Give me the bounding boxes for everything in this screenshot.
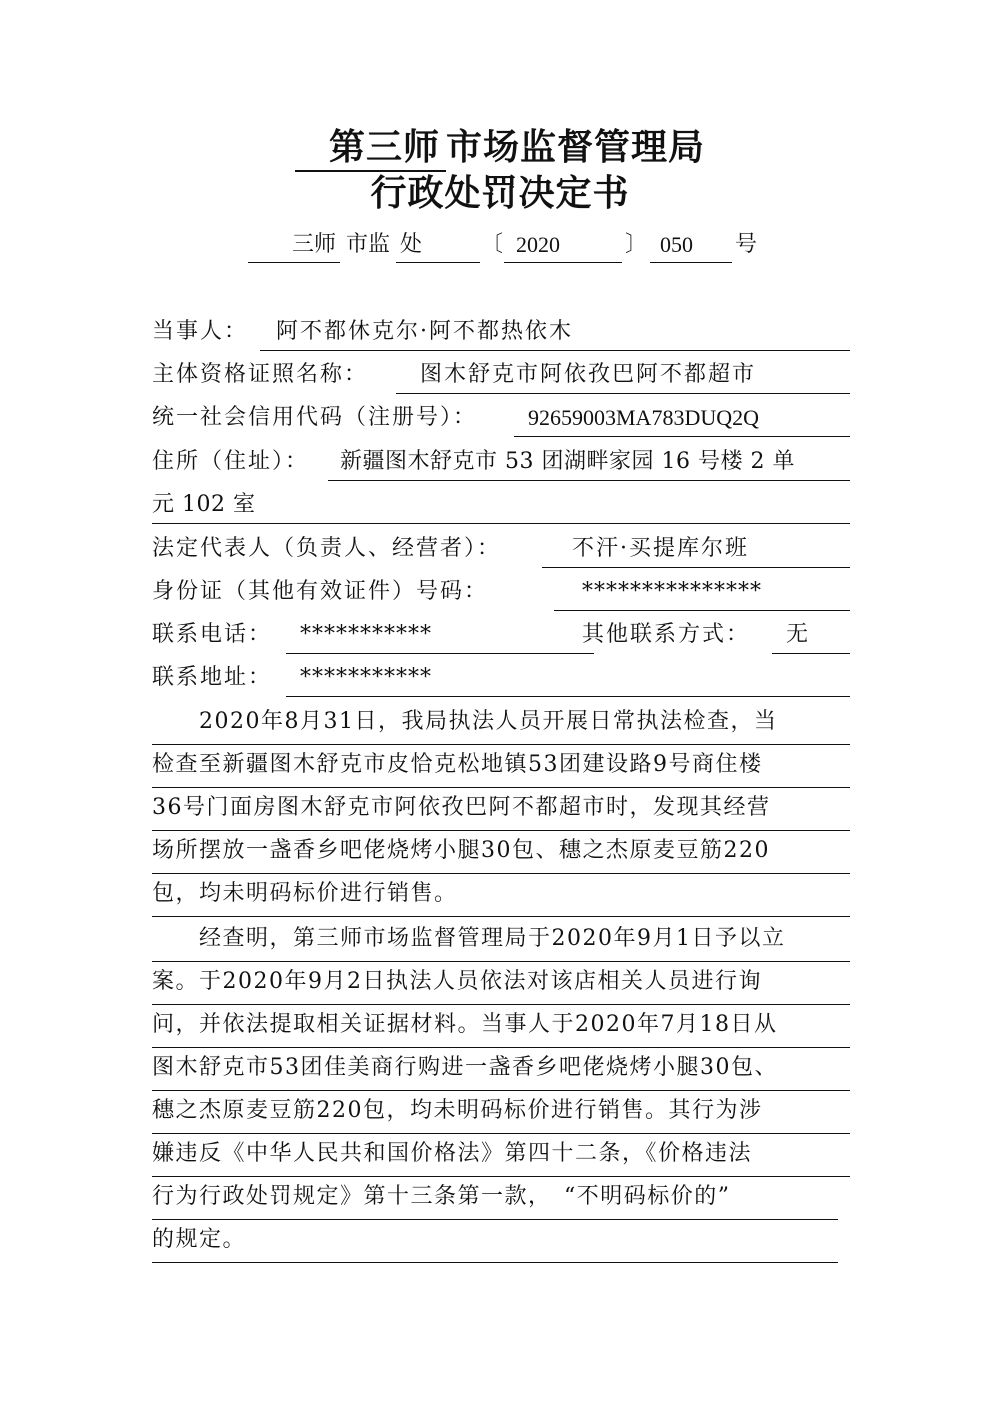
credit-code-label: 统一社会信用代码（注册号）： — [152, 400, 477, 436]
docno-bracket-open: 〔 — [480, 228, 504, 262]
docno-bracket-close: 〕 — [622, 228, 650, 262]
address-value-line1: 新疆图木舒克市 53 团湖畔家园 16 号楼 2 单 — [328, 444, 850, 481]
docno-suffix: 号 — [732, 228, 760, 262]
license-name-value: 图木舒克市阿依孜巴阿不都超市 — [396, 357, 850, 394]
paragraph1-line: 包，均未明码标价进行销售。 — [152, 876, 850, 917]
agency-suffix: 市场监督管理局 — [446, 126, 705, 168]
paragraph1-line: 36号门面房图木舒克市阿依孜巴阿不都超市时，发现其经营 — [152, 790, 850, 831]
field-phone: 联系电话： *********** 其他联系方式： 无 — [152, 617, 850, 657]
other-contact-label: 其他联系方式： — [582, 617, 750, 653]
address-label: 住所（住址）： — [152, 444, 309, 480]
paragraph1-line: 2020年8月31日，我局执法人员开展日常执法检查，当 — [152, 704, 850, 745]
agency-title: 第三师市场监督管理局 — [0, 124, 1000, 172]
legal-rep-label: 法定代表人（负责人、经营者）： — [152, 531, 501, 567]
contact-address-label: 联系地址： — [152, 660, 272, 696]
phone-value: *********** — [286, 617, 594, 654]
docno-part3: 处 — [396, 228, 480, 263]
field-license-name: 主体资格证照名称： 图木舒克市阿依孜巴阿不都超市 — [152, 357, 850, 397]
paragraph2-line: 穗之杰原麦豆筋220包，均未明码标价进行销售。其行为涉 — [152, 1093, 850, 1134]
paragraph2-line: 的规定。 — [152, 1222, 838, 1263]
credit-code-value: 92659003MA783DUQ2Q — [514, 400, 850, 437]
field-address-cont: 元 102 室 — [152, 487, 850, 527]
other-contact-value: 无 — [772, 617, 850, 654]
paragraph2-line: 问，并依法提取相关证据材料。当事人于2020年7月18日从 — [152, 1007, 850, 1048]
legal-rep-value: 不汗·买提库尔班 — [542, 531, 850, 568]
docno-serial: 050 — [650, 228, 732, 263]
license-name-label: 主体资格证照名称： — [152, 357, 368, 393]
field-contact-address: 联系地址： *********** — [152, 660, 850, 700]
docno-year: 2020 — [504, 228, 622, 263]
paragraph2-line: 案。于2020年9月2日执法人员依法对该店相关人员进行询 — [152, 964, 850, 1005]
document-title: 行政处罚决定书 — [0, 170, 1000, 216]
docno-part2: 市监 — [340, 228, 396, 262]
document-number: 三师市监处〔2020〕050号 — [248, 228, 768, 264]
field-party: 当事人： 阿不都休克尔·阿不都热依木 — [152, 314, 850, 354]
party-label: 当事人： — [152, 314, 248, 350]
phone-label: 联系电话： — [152, 617, 272, 653]
field-legal-rep: 法定代表人（负责人、经营者）： 不汗·买提库尔班 — [152, 531, 850, 571]
paragraph2-line: 行为行政处罚规定》第十三条第一款， “不明码标价的” — [152, 1179, 838, 1220]
contact-address-value: *********** — [286, 660, 850, 697]
paragraph2-line: 经查明，第三师市场监督管理局于2020年9月1日予以立 — [152, 921, 850, 962]
paragraph1-line: 场所摆放一盏香乡吧佬烧烤小腿30包、穗之杰原麦豆筋220 — [152, 833, 850, 874]
paragraph2-line: 嫌违反《中华人民共和国价格法》第四十二条，《价格违法 — [152, 1136, 850, 1177]
agency-prefix: 第三师 — [295, 124, 446, 172]
field-credit-code: 统一社会信用代码（注册号）： 92659003MA783DUQ2Q — [152, 400, 850, 440]
docno-part1: 三师 — [248, 228, 340, 263]
field-id-number: 身份证（其他有效证件）号码： *************** — [152, 574, 850, 614]
id-number-value: *************** — [554, 574, 850, 611]
paragraph1-line: 检查至新疆图木舒克市皮恰克松地镇53团建设路9号商住楼 — [152, 747, 850, 788]
address-value-line2: 元 102 室 — [152, 487, 850, 524]
field-address: 住所（住址）： 新疆图木舒克市 53 团湖畔家园 16 号楼 2 单 — [152, 444, 850, 484]
paragraph2-line: 图木舒克市53团佳美商行购进一盏香乡吧佬烧烤小腿30包、 — [152, 1050, 850, 1091]
party-value: 阿不都休克尔·阿不都热依木 — [260, 314, 850, 351]
id-number-label: 身份证（其他有效证件）号码： — [152, 574, 488, 610]
